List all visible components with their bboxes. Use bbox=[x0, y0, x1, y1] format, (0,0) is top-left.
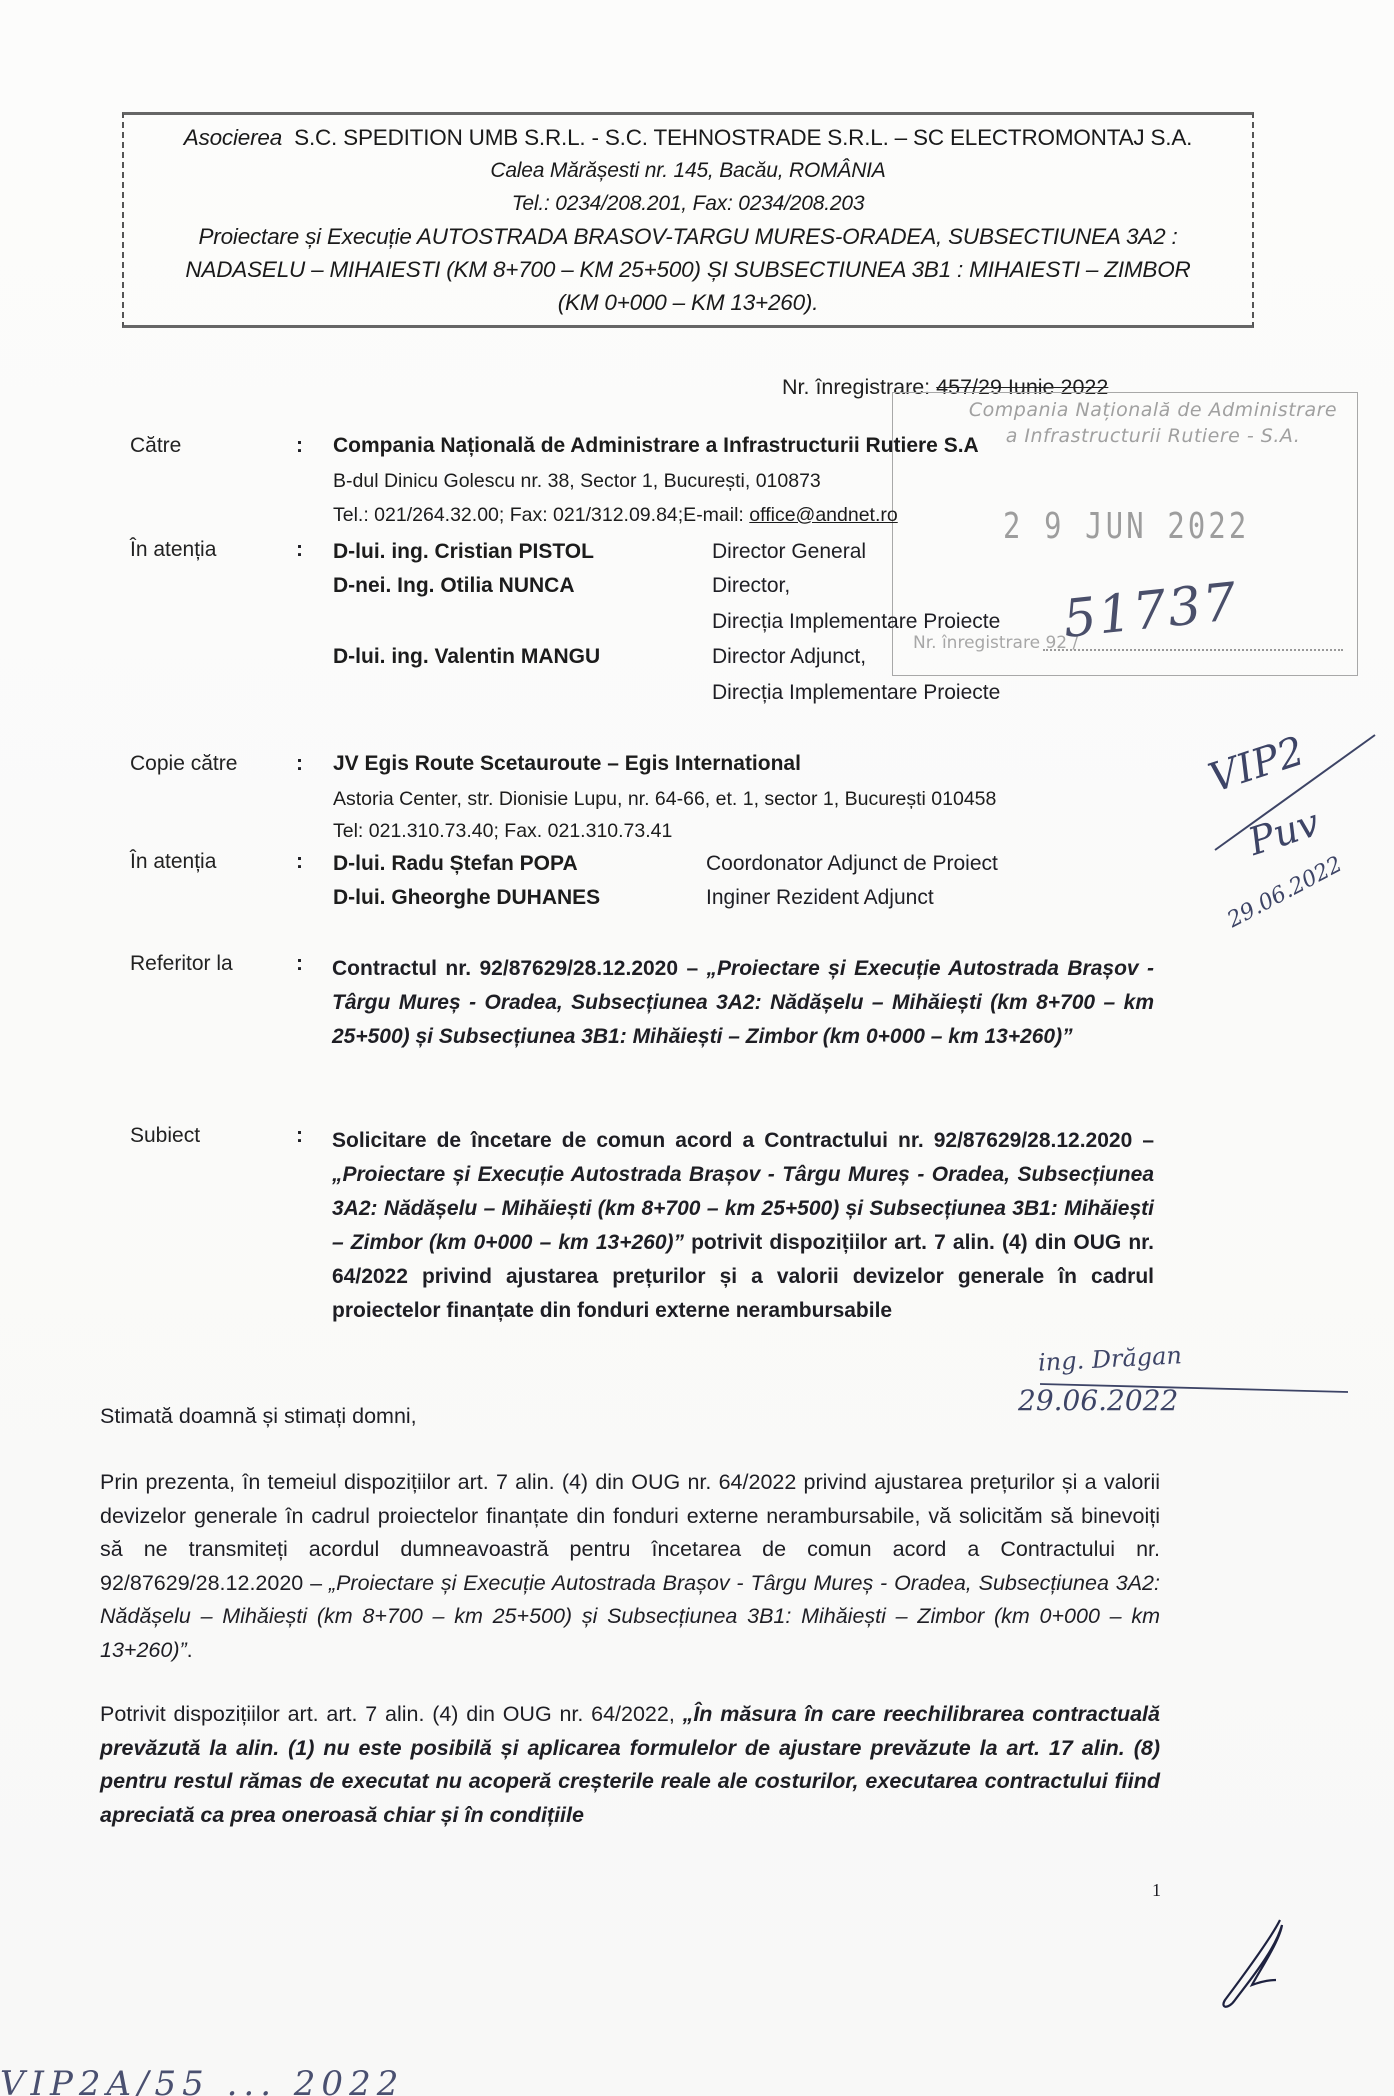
copy-attention-role-1: Coordonator Adjunct de Proiect bbox=[706, 852, 998, 876]
stamp-dotted-line bbox=[1043, 649, 1343, 651]
colon: : bbox=[296, 538, 303, 562]
handwritten-bottom-note: VIP2A/55 ... 2022 bbox=[0, 2064, 404, 2096]
letterhead-address: Calea Mărășesti nr. 145, Bacău, ROMÂNIA bbox=[124, 154, 1252, 187]
stamp-organization: Compania Națională de Administrare a Inf… bbox=[953, 397, 1353, 449]
association-label: Asocierea bbox=[184, 125, 282, 150]
letterhead-phone: Tel.: 0234/208.201, Fax: 0234/208.203 bbox=[124, 187, 1252, 220]
copy-recipient-contact: Tel: 021.310.73.40; Fax. 021.310.73.41 bbox=[333, 820, 672, 843]
handwritten-assignee: ing. Drăgan bbox=[1037, 1341, 1182, 1376]
attention-role-2-dept: Direcția Implementare Proiecte bbox=[712, 610, 1000, 634]
reference-contract-number: Contractul nr. 92/87629/28.12.2020 – bbox=[332, 957, 707, 980]
subject-text: Solicitare de încetare de comun acord a … bbox=[332, 1124, 1154, 1328]
letterhead-box: Asocierea S.C. SPEDITION UMB S.R.L. - S.… bbox=[122, 112, 1254, 328]
paragraph-1-end: . bbox=[187, 1638, 193, 1662]
recipient-contact-text: Tel.: 021/264.32.00; Fax: 021/312.09.84;… bbox=[333, 504, 749, 526]
attention-label-2: În atenția bbox=[130, 850, 216, 874]
project-title-line-2: NADASELU – MIHAIESTI (KM 8+700 – KM 25+5… bbox=[124, 253, 1252, 286]
subject-prefix: Solicitare de încetare de comun acord a … bbox=[332, 1129, 1154, 1152]
attention-person-3: D-lui. ing. Valentin MANGU bbox=[333, 645, 600, 669]
letterhead-companies: Asocierea S.C. SPEDITION UMB S.R.L. - S.… bbox=[124, 121, 1252, 154]
paragraph-request: Prin prezenta, în temeiul dispozițiilor … bbox=[100, 1466, 1160, 1667]
copy-attention-person-2: D-lui. Gheorghe DUHANES bbox=[333, 886, 600, 910]
copy-recipient-address: Astoria Center, str. Dionisie Lupu, nr. … bbox=[333, 788, 996, 811]
paragraph-2-text: Potrivit dispozițiilor art. art. 7 alin.… bbox=[100, 1702, 683, 1726]
subject-label: Subiect bbox=[130, 1124, 200, 1148]
attention-role-2: Director, bbox=[712, 574, 790, 598]
recipient-email-link[interactable]: office@andnet.ro bbox=[749, 504, 897, 526]
document-page: Asocierea S.C. SPEDITION UMB S.R.L. - S.… bbox=[0, 0, 1394, 2096]
paragraph-legal-quote: Potrivit dispozițiilor art. art. 7 alin.… bbox=[100, 1698, 1160, 1832]
signature-icon bbox=[1180, 1910, 1300, 2020]
company-names: S.C. SPEDITION UMB S.R.L. - S.C. TEHNOST… bbox=[294, 125, 1192, 150]
copy-attention-person-1: D-lui. Radu Ștefan POPA bbox=[333, 852, 578, 876]
recipient-name: Compania Națională de Administrare a Inf… bbox=[333, 434, 979, 458]
stamp-org-line-2: a Infrastructurii Rutiere - S.A. bbox=[953, 423, 1353, 449]
colon: : bbox=[296, 1124, 303, 1148]
recipient-label: Către bbox=[130, 434, 181, 458]
copy-attention-role-2: Inginer Rezident Adjunct bbox=[706, 886, 934, 910]
attention-role-3: Director Adjunct, bbox=[712, 645, 866, 669]
attention-person-2: D-nei. Ing. Otilia NUNCA bbox=[333, 574, 575, 598]
colon: : bbox=[296, 752, 303, 776]
handwritten-assign-date: 29.06.2022 bbox=[1018, 1384, 1178, 1417]
attention-person-1: D-lui. ing. Cristian PISTOL bbox=[333, 540, 594, 564]
copy-label: Copie către bbox=[130, 752, 237, 776]
recipient-contact: Tel.: 021/264.32.00; Fax: 021/312.09.84;… bbox=[333, 504, 898, 527]
colon: : bbox=[296, 434, 303, 458]
attention-role-3-dept: Direcția Implementare Proiecte bbox=[712, 681, 1000, 705]
reference-text: Contractul nr. 92/87629/28.12.2020 – „Pr… bbox=[332, 952, 1154, 1054]
stamp-date: 2 9 JUN 2022 bbox=[1003, 506, 1249, 547]
attention-label: În atenția bbox=[130, 538, 216, 562]
handwritten-margin-date: 29.06.2022 bbox=[1224, 852, 1347, 933]
project-title-line-3: (KM 0+000 – KM 13+260). bbox=[124, 286, 1252, 319]
project-title-line-1: Proiectare și Execuție AUTOSTRADA BRASOV… bbox=[124, 220, 1252, 253]
colon: : bbox=[296, 952, 303, 976]
copy-recipient-name: JV Egis Route Scetauroute – Egis Interna… bbox=[333, 752, 801, 776]
salutation: Stimată doamnă și stimați domni, bbox=[100, 1400, 1160, 1434]
page-number: 1 bbox=[1152, 1880, 1161, 1901]
attention-role-1: Director General bbox=[712, 540, 866, 564]
recipient-address: B-dul Dinicu Golescu nr. 38, Sector 1, B… bbox=[333, 470, 821, 493]
reference-label: Referitor la bbox=[130, 952, 233, 976]
stamp-handwritten-number: 51737 bbox=[1060, 572, 1241, 650]
stamp-org-line-1: Compania Națională de Administrare bbox=[953, 397, 1353, 423]
colon: : bbox=[296, 850, 303, 874]
